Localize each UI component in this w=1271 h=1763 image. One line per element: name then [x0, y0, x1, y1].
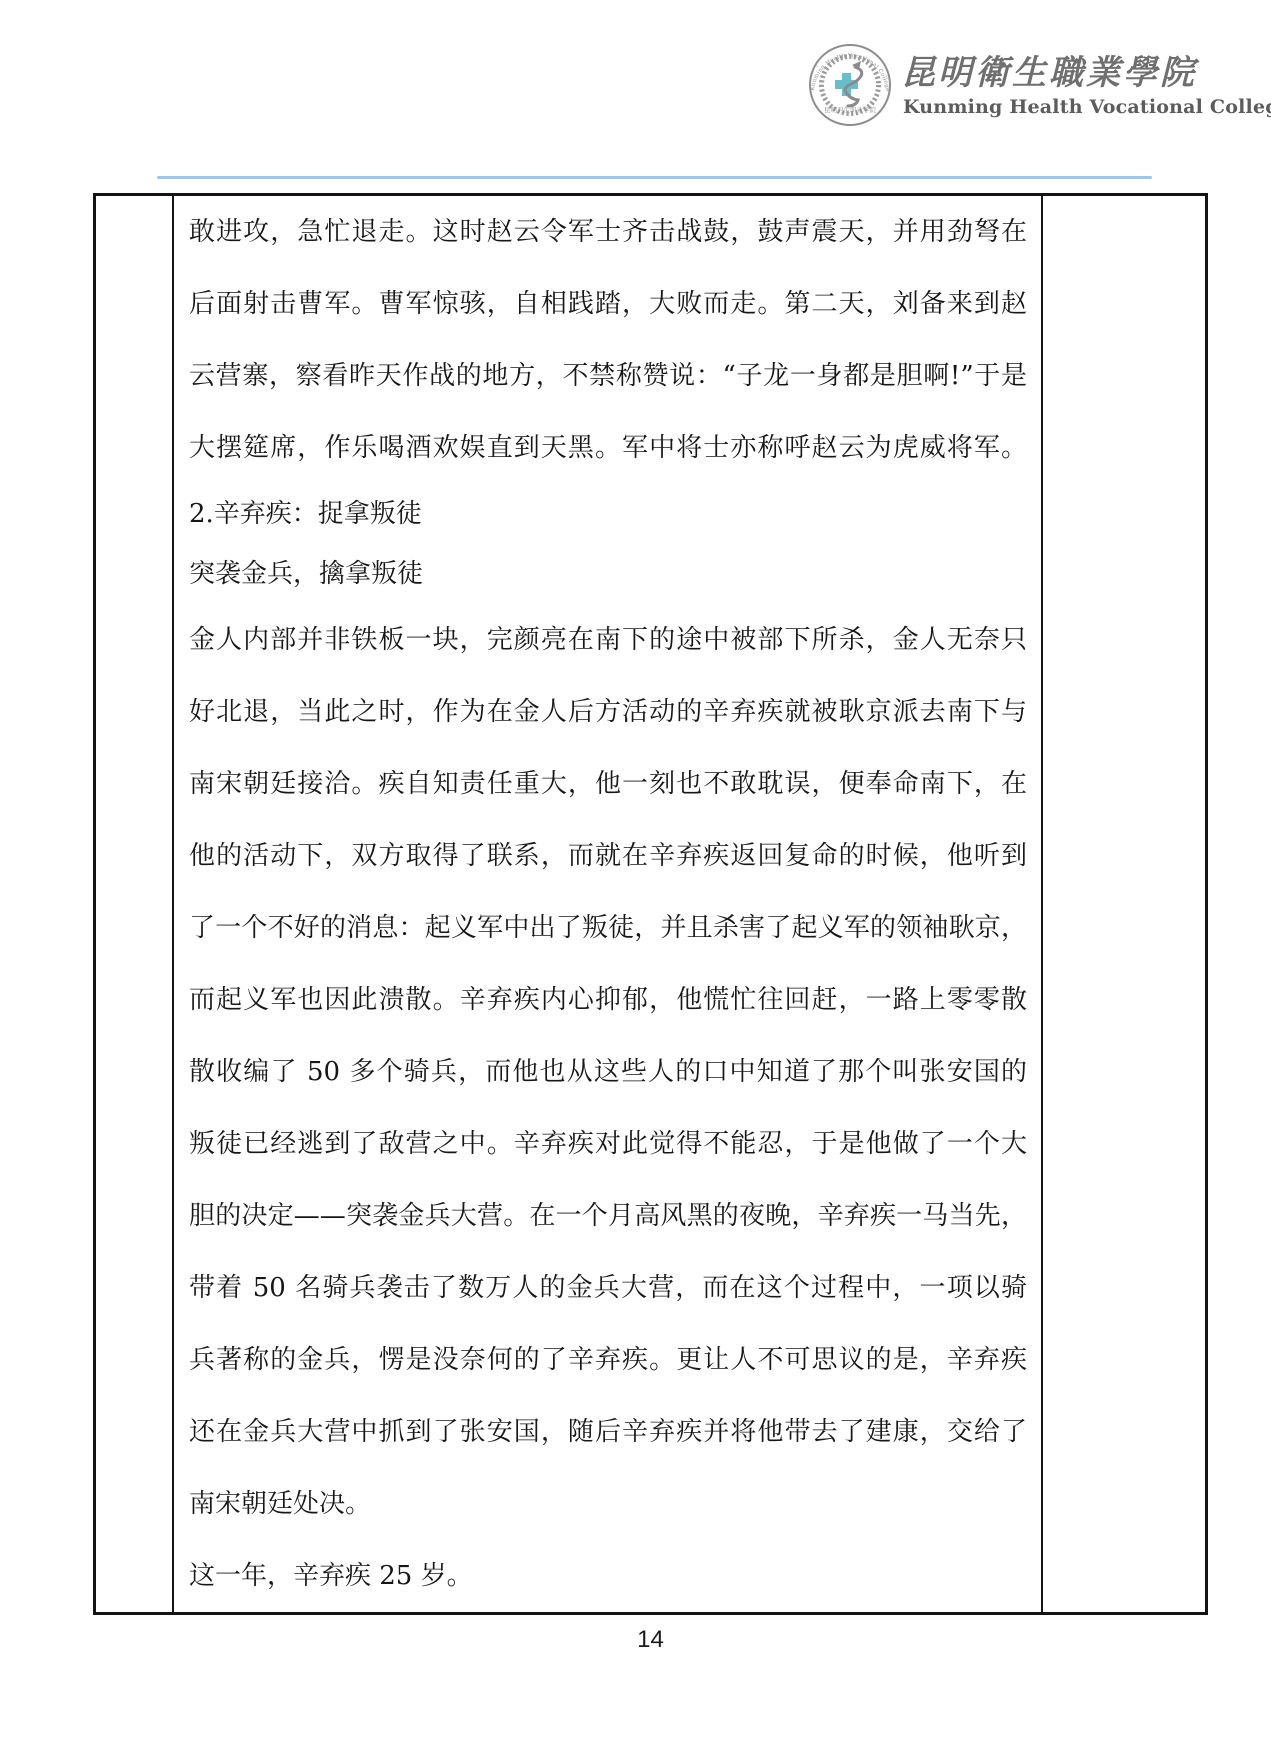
content-line: 后面射击曹军。曹军惊骇，自相践踏，大败而走。第二天，刘备来到赵 [189, 268, 1027, 340]
seal-bottom-text: 昆明卫生职业学院 [824, 105, 877, 114]
college-name-chinese-calligraphy: 昆明衛生職業學院 [901, 50, 1197, 96]
content-line: 敢进攻，急忙退走。这时赵云令军士齐击战鼓，鼓声震天，并用劲弩在 [189, 196, 1027, 268]
content-line: 金人内部并非铁板一块，完颜亮在南下的途中被部下所杀，金人无奈只 [189, 604, 1027, 676]
content-line: 好北退，当此之时，作为在金人后方活动的辛弃疾就被耿京派去南下与 [189, 676, 1027, 748]
college-name-english: Kunming Health Vocational College [903, 96, 1199, 118]
table-content-cell: 敢进攻，急忙退走。这时赵云令军士齐击战鼓，鼓声震天，并用劲弩在 后面射击曹军。曹… [174, 196, 1043, 1612]
content-line: 兵著称的金兵，愣是没奈何的了辛弃疾。更让人不可思议的是，辛弃疾 [189, 1324, 1027, 1396]
content-line: 散收编了 50 多个骑兵，而他也从这些人的口中知道了那个叫张安国的 [189, 1036, 1027, 1108]
page-number: 14 [93, 1626, 1208, 1654]
content-line: 云营寨，察看昨天作战的地方，不禁称赞说：“子龙一身都是胆啊!”于是 [189, 340, 1027, 412]
content-line: 叛徒已经逃到了敌营之中。辛弃疾对此觉得不能忍，于是他做了一个大 [189, 1108, 1027, 1180]
content-line: 胆的决定——突袭金兵大营。在一个月高风黑的夜晚，辛弃疾一马当先， [189, 1180, 1027, 1252]
content-line: 带着 50 名骑兵袭击了数万人的金兵大营，而在这个过程中，一项以骑 [189, 1252, 1027, 1324]
content-line: 这一年，辛弃疾 25 岁。 [189, 1540, 1027, 1612]
content-line: 他的活动下，双方取得了联系，而就在辛弃疾返回复命的时候，他听到 [189, 820, 1027, 892]
college-seal-logo: Kunming Health Vocational College 昆明卫生职业… [804, 42, 896, 128]
content-table: 敢进攻，急忙退走。这时赵云令军士齐击战鼓，鼓声震天，并用劲弩在 后面射击曹军。曹… [93, 193, 1208, 1615]
document-page: Kunming Health Vocational College 昆明卫生职业… [0, 0, 1271, 1763]
section-subheading-line: 突袭金兵，擒拿叛徒 [189, 544, 1027, 604]
header-divider-line [157, 176, 1152, 179]
table-right-empty-cell [1043, 196, 1205, 1612]
content-line: 还在金兵大营中抓到了张安国，随后辛弃疾并将他带去了建康，交给了 [189, 1396, 1027, 1468]
content-line: 南宋朝廷接洽。疾自知责任重大，他一刻也不敢耽误，便奉命南下，在 [189, 748, 1027, 820]
table-left-empty-cell [96, 196, 174, 1612]
content-line: 南宋朝廷处决。 [189, 1468, 1027, 1540]
content-line: 而起义军也因此溃散。辛弃疾内心抑郁，他慌忙往回赶，一路上零零散 [189, 964, 1027, 1036]
section-heading-line: 2.辛弃疾：捉拿叛徒 [189, 484, 1027, 544]
content-line: 了一个不好的消息：起义军中出了叛徒，并且杀害了起义军的领袖耿京， [189, 892, 1027, 964]
content-line: 大摆筵席，作乐喝酒欢娱直到天黑。军中将士亦称呼赵云为虎威将军。 [189, 412, 1027, 484]
